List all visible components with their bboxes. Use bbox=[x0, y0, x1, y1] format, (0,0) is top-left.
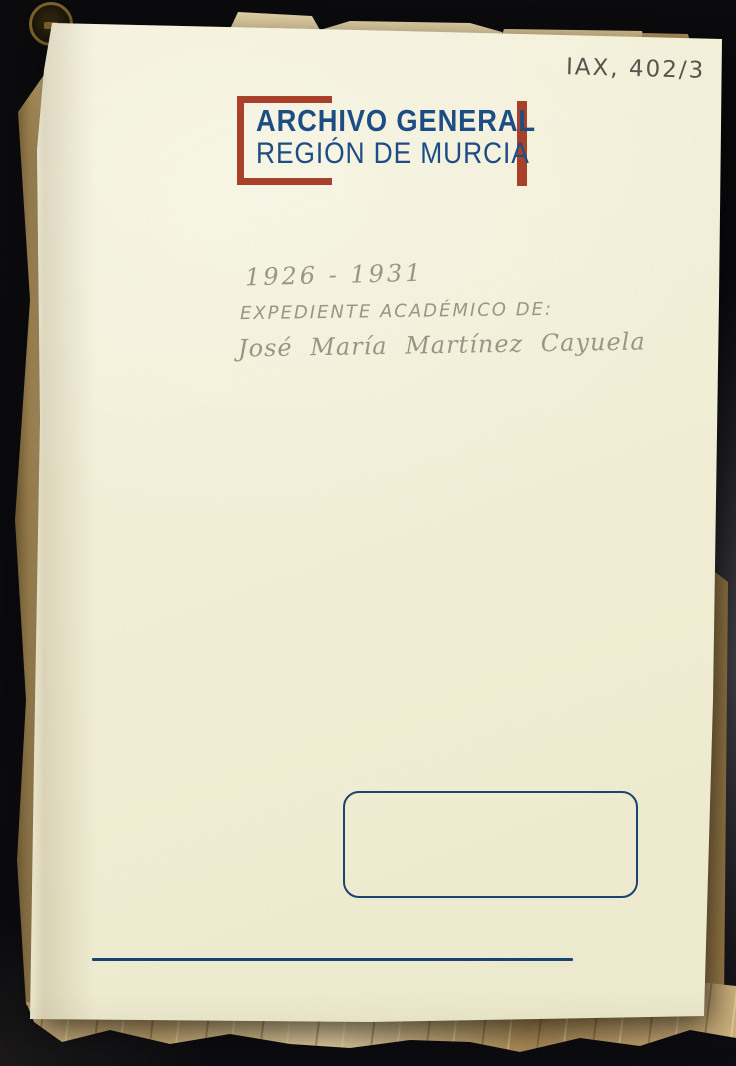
document-page: ARCHIVO GENERAL REGIÓN DE MURCIA IAX, 40… bbox=[0, 0, 736, 1066]
label-box bbox=[343, 791, 638, 898]
handwritten-years: 1926 - 1931 bbox=[245, 259, 424, 292]
logo-line2: REGIÓN DE MURCIA bbox=[256, 139, 536, 169]
logo-text: ARCHIVO GENERAL REGIÓN DE MURCIA bbox=[256, 105, 536, 169]
archive-photograph: ARCHIVO GENERAL REGIÓN DE MURCIA IAX, 40… bbox=[0, 0, 736, 1066]
handwritten-name: José María Martínez Cayuela bbox=[238, 327, 646, 362]
footer-rule bbox=[92, 958, 573, 961]
reference-code: IAX, 402/3 bbox=[566, 54, 706, 84]
page-shadow: ARCHIVO GENERAL REGIÓN DE MURCIA IAX, 40… bbox=[0, 0, 736, 1066]
logo-line1: ARCHIVO GENERAL bbox=[256, 105, 536, 136]
handwritten-title: EXPEDIENTE ACADÉMICO DE: bbox=[240, 299, 553, 324]
